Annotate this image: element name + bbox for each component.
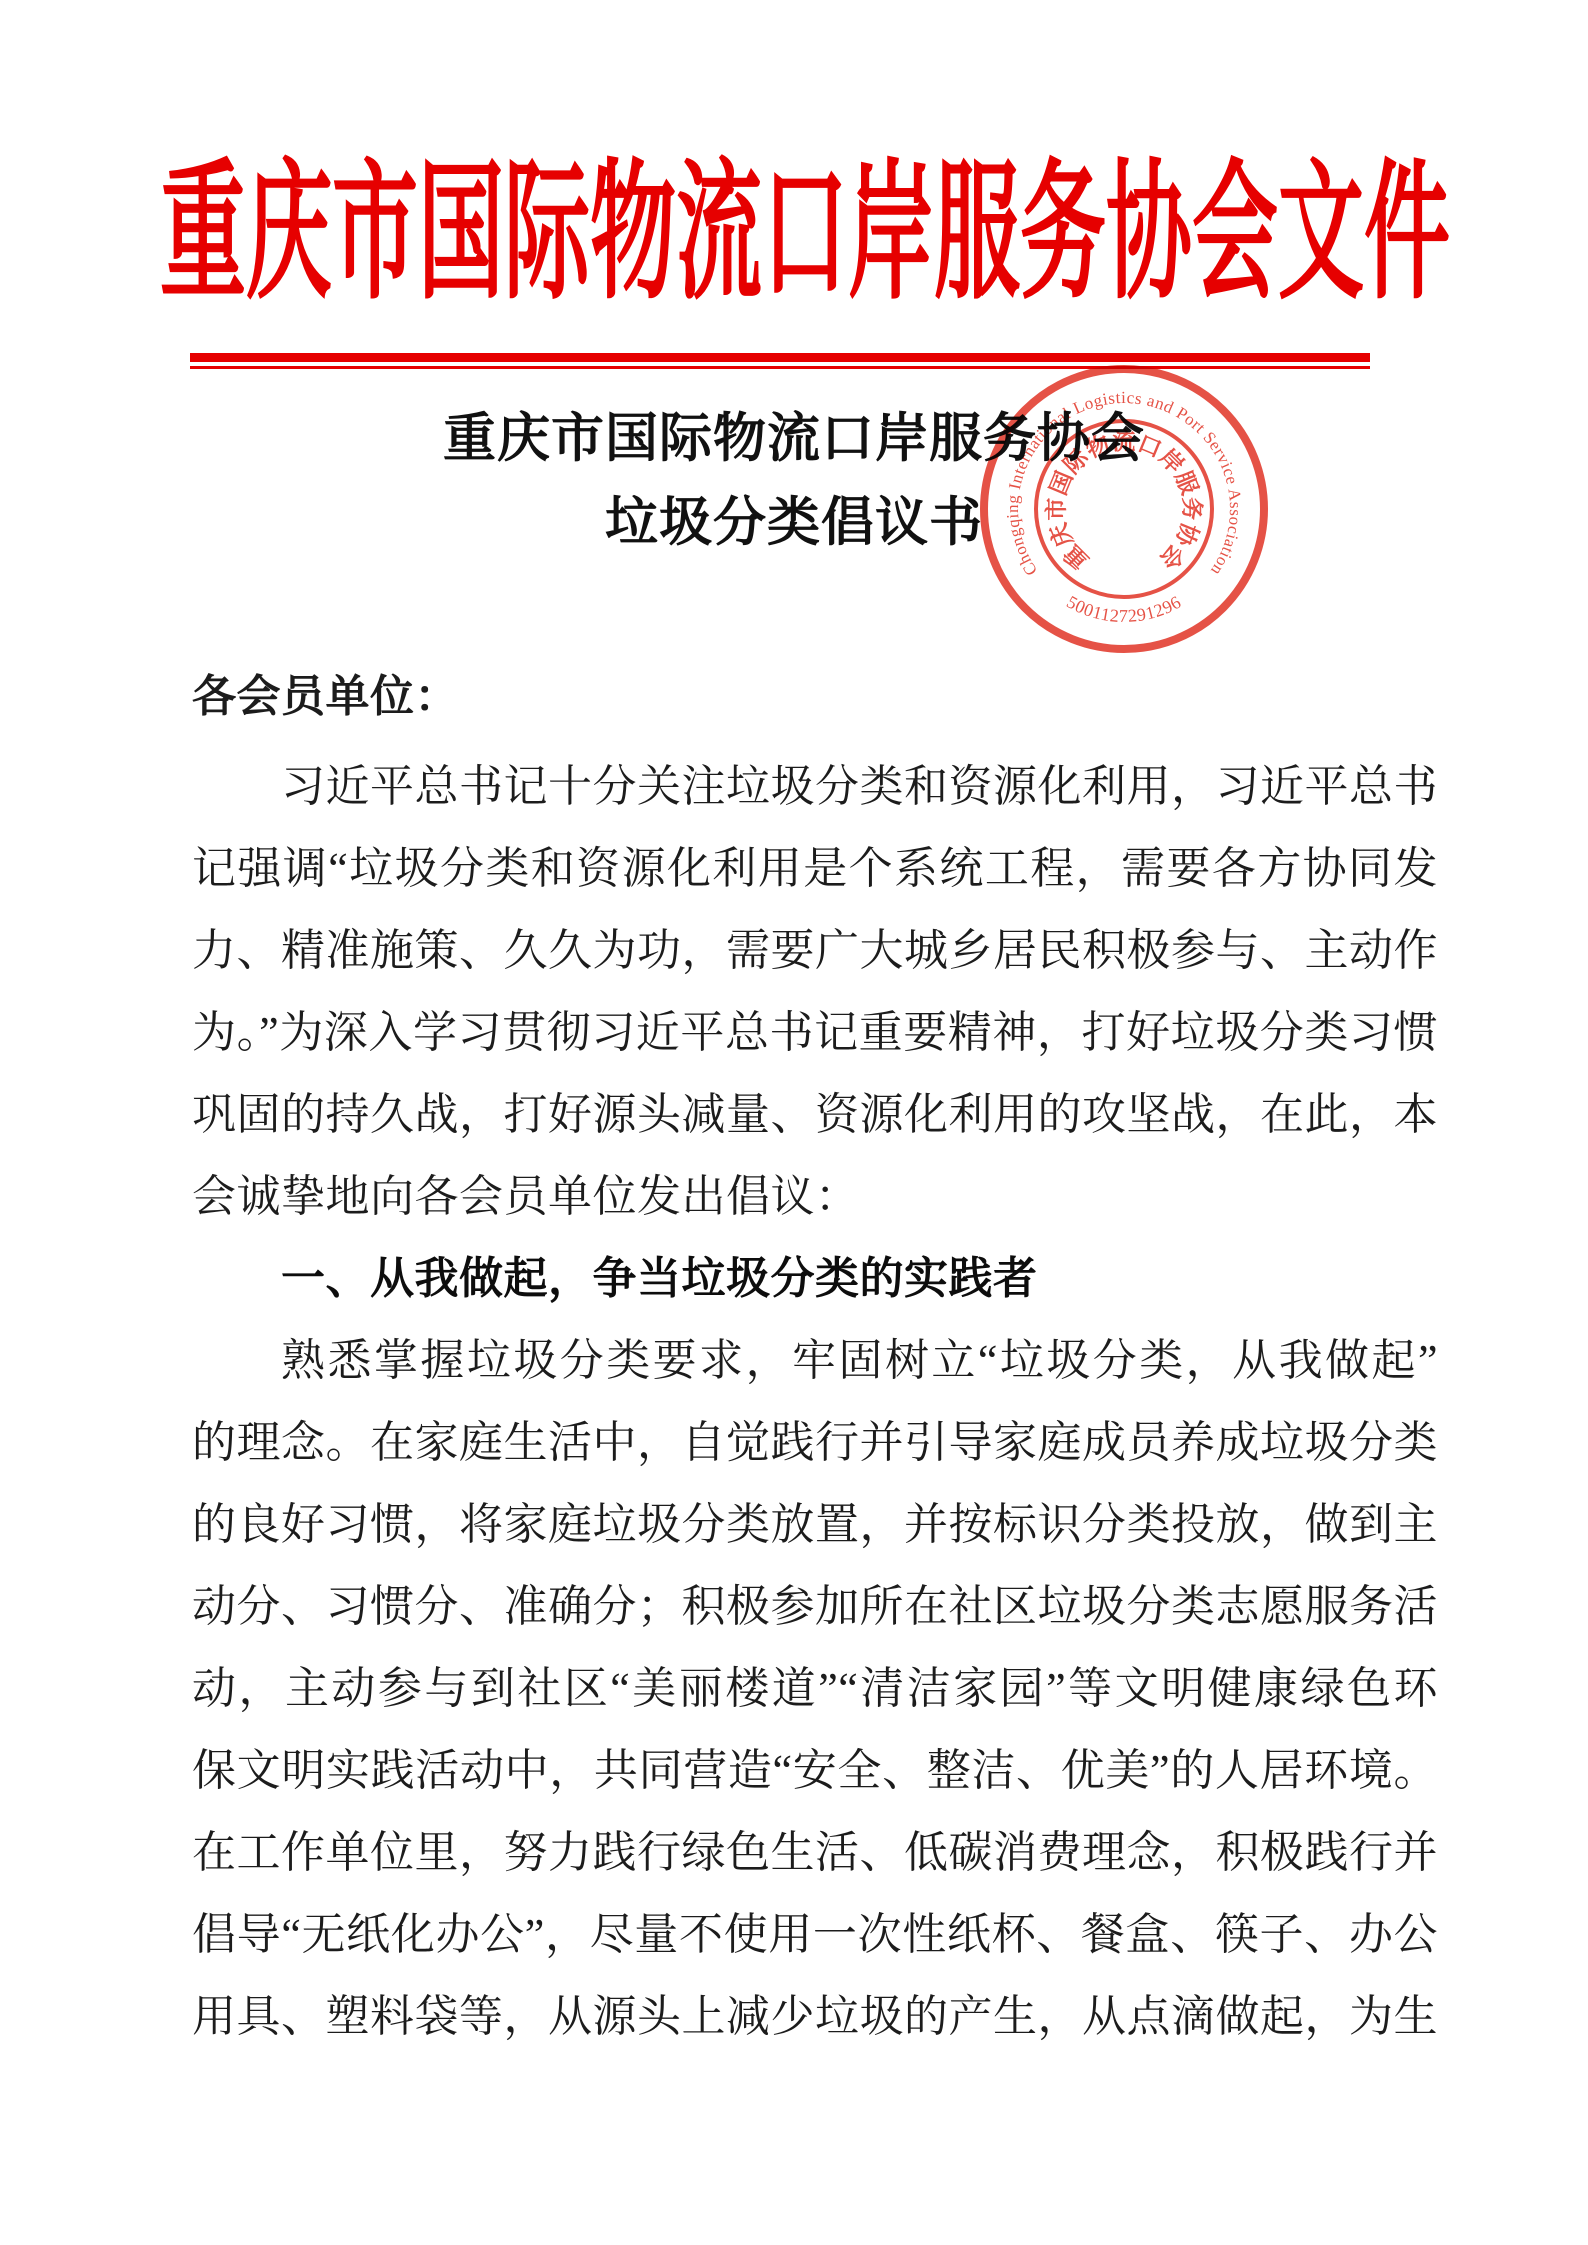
body-line: 保文明实践活动中，共同营造“安全、整洁、优美”的人居环境。 — [192, 1730, 1438, 1812]
body-line: 在工作单位里，努力践行绿色生活、低碳消费理念，积极践行并 — [192, 1812, 1438, 1894]
stamp-chinese-text: 重庆市国际物流口岸服务协会 — [1044, 428, 1205, 575]
document-page: 重庆市国际物流口岸服务协会文件 重庆市国际物流口岸服务协会 垃圾分类倡议书 Ch… — [0, 0, 1588, 2245]
body-line: 力、精准施策、久久为功，需要广大城乡居民积极参与、主动作 — [192, 910, 1438, 992]
body-line: 会诚挚地向各会员单位发出倡议： — [192, 1156, 1438, 1238]
body-line: 动，主动参与到社区“美丽楼道”“清洁家园”等文明健康绿色环 — [192, 1648, 1438, 1730]
red-letterhead-title: 重庆市国际物流口岸服务协会文件 — [160, 90, 1350, 379]
body-line: 熟悉掌握垃圾分类要求，牢固树立“垃圾分类，从我做起” — [192, 1320, 1438, 1402]
body-line: 巩固的持久战，打好源头减量、资源化利用的攻坚战，在此，本 — [192, 1074, 1438, 1156]
body-line: 的理念。在家庭生活中，自觉践行并引导家庭成员养成垃圾分类 — [192, 1402, 1438, 1484]
body-text: 各会员单位：习近平总书记十分关注垃圾分类和资源化利用，习近平总书记强调“垃圾分类… — [192, 656, 1438, 2058]
body-line: 习近平总书记十分关注垃圾分类和资源化利用，习近平总书 — [192, 746, 1438, 828]
body-line: 记强调“垃圾分类和资源化利用是个系统工程，需要各方协同发 — [192, 828, 1438, 910]
body-line: 的良好习惯，将家庭垃圾分类放置，并按标识分类投放，做到主 — [192, 1484, 1438, 1566]
doc-title-line1: 重庆市国际物流口岸服务协会 — [0, 408, 1588, 470]
salutation-line: 各会员单位： — [192, 656, 1438, 738]
body-line: 用具、塑料袋等，从源头上减少垃圾的产生，从点滴做起，为生 — [192, 1976, 1438, 2058]
body-line: 动分、习惯分、准确分；积极参加所在社区垃圾分类志愿服务活 — [192, 1566, 1438, 1648]
section-heading-line: 一、从我做起，争当垃圾分类的实践者 — [192, 1238, 1438, 1320]
body-line: 为。”为深入学习贯彻习近平总书记重要精神，打好垃圾分类习惯 — [192, 992, 1438, 1074]
doc-title-line2: 垃圾分类倡议书 — [0, 492, 1588, 554]
body-line: 倡导“无纸化办公”，尽量不使用一次性纸杯、餐盒、筷子、办公 — [192, 1894, 1438, 1976]
official-round-stamp: Chongqing International Logistics and Po… — [964, 349, 1284, 669]
